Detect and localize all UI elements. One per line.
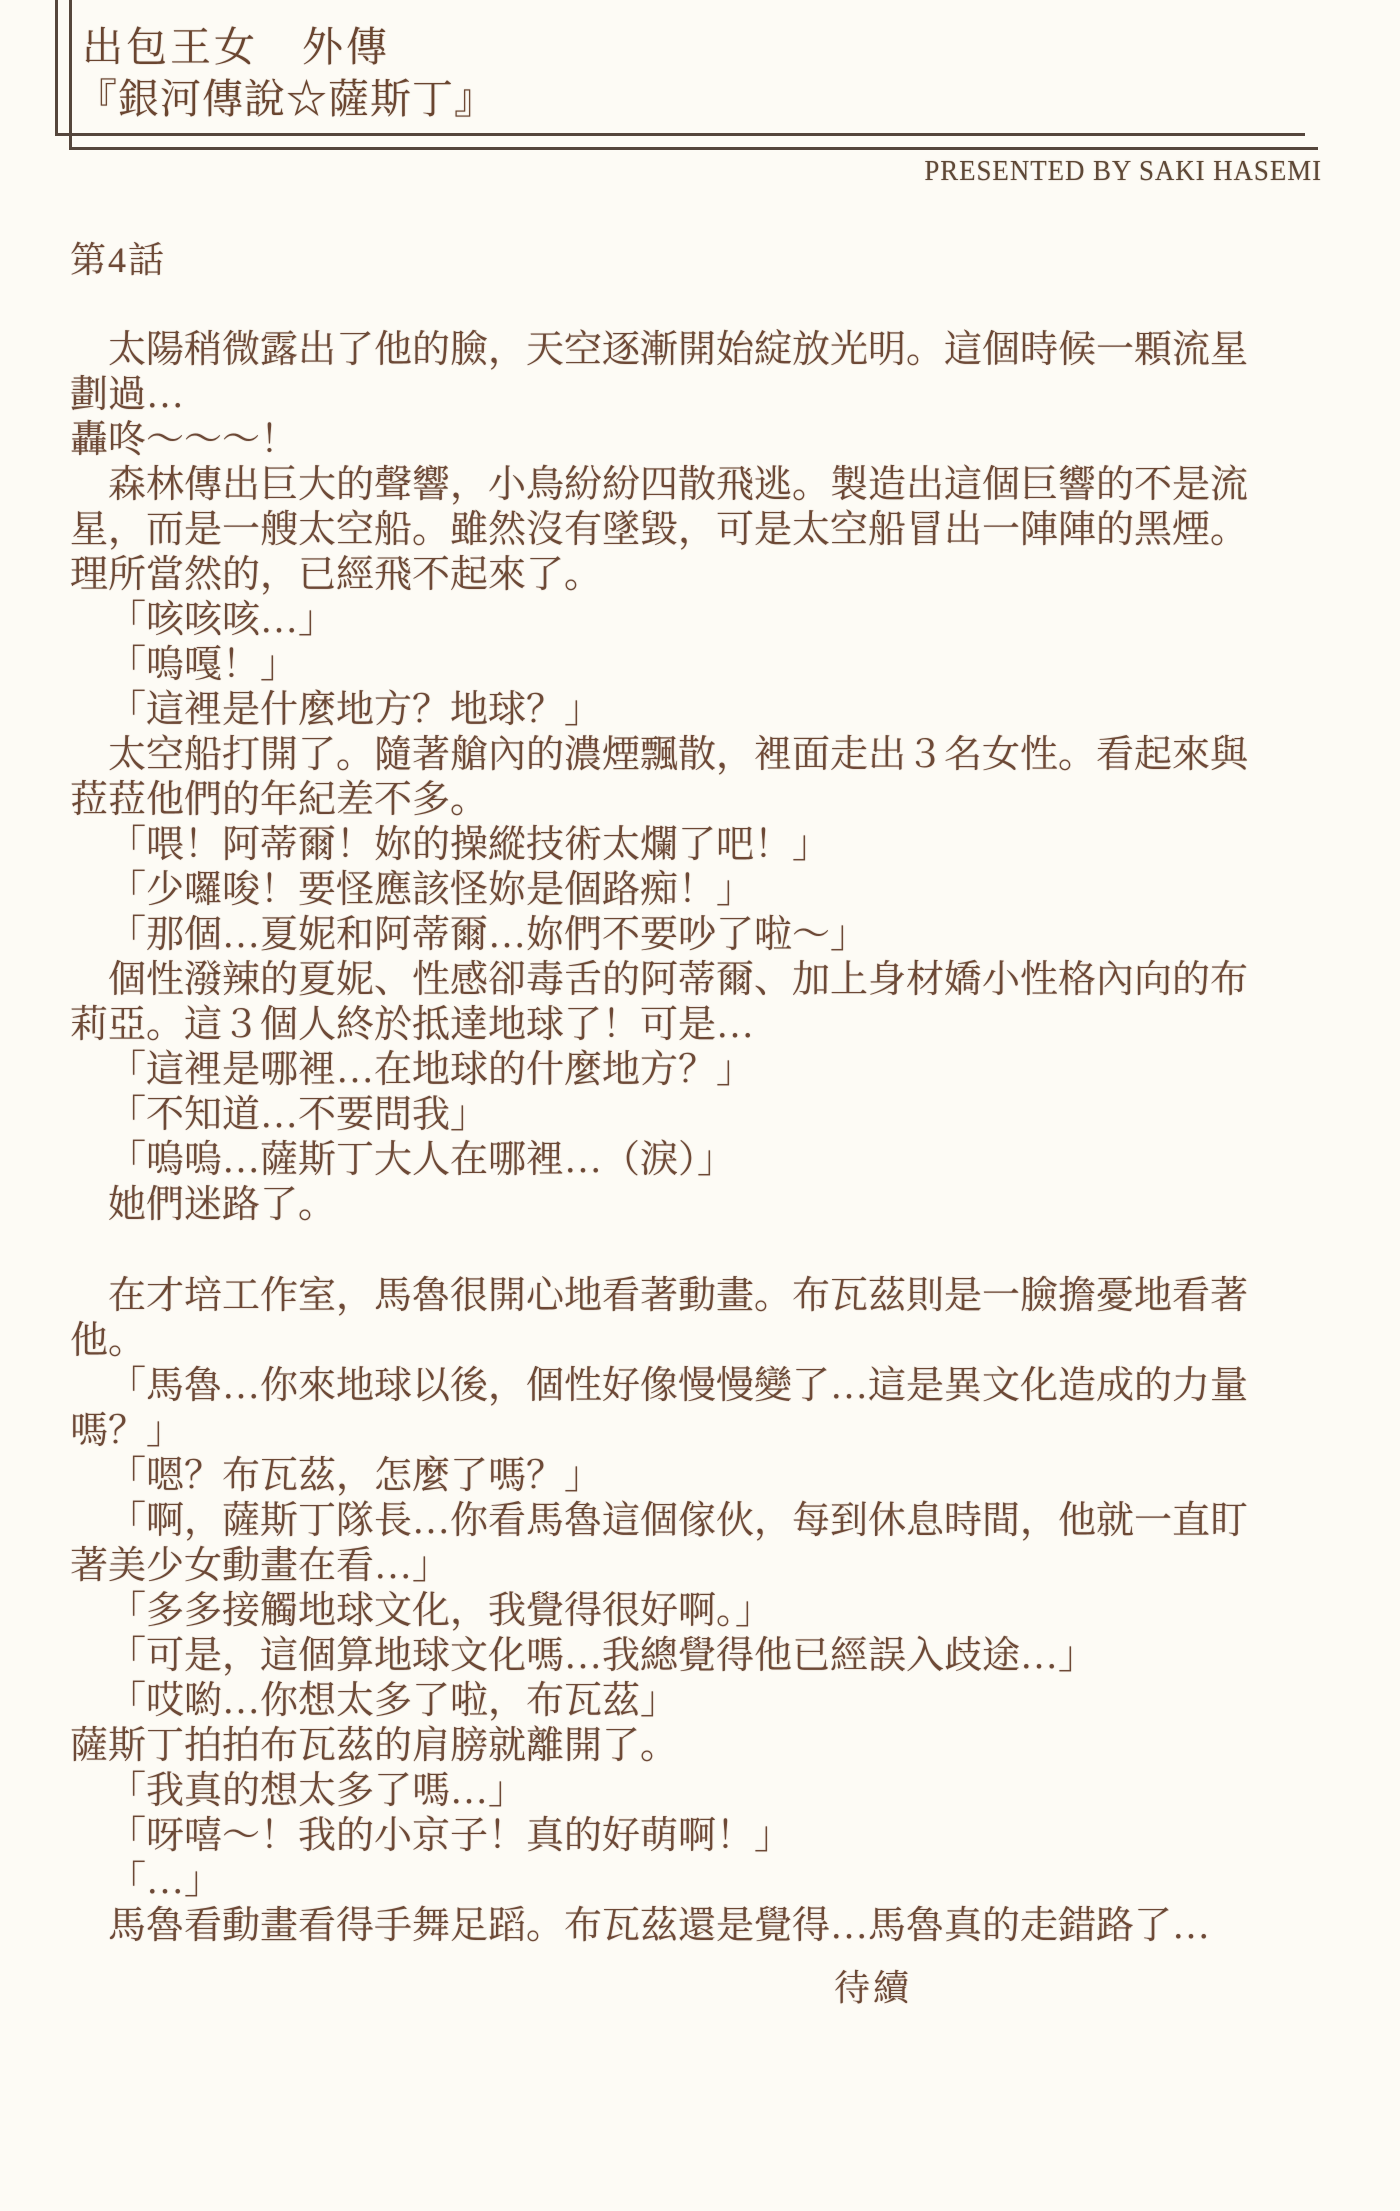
novel-page: 出包王女 外傳 『銀河傳說☆薩斯丁』 PRESENTED BY SAKI HAS…: [0, 0, 1400, 2211]
story-title: 『銀河傳說☆薩斯丁』: [76, 74, 496, 124]
chapter-heading: 第4話: [70, 232, 166, 283]
text-line: 「馬魯…你來地球以後，個性好像慢慢變了…這是異文化造成的力量: [70, 1364, 1360, 1409]
text-line: 個性潑辣的夏妮、性感卻毒舌的阿蒂爾、加上身材嬌小性格內向的布: [70, 958, 1360, 1003]
body-text: 太陽稍微露出了他的臉，天空逐漸開始綻放光明。這個時候一顆流星劃過…轟咚～～～！森…: [70, 328, 1360, 1949]
header-rule-bottom: [69, 147, 1318, 150]
text-line: 「這裡是哪裡…在地球的什麼地方？」: [70, 1048, 1360, 1093]
text-line: 她們迷路了。: [70, 1183, 1360, 1228]
text-line: 「喂！阿蒂爾！妳的操縱技術太爛了吧！」: [70, 823, 1360, 868]
text-line: 「咳咳咳…」: [70, 598, 1360, 643]
text-line: 「可是，這個算地球文化嗎…我總覺得他已經誤入歧途…」: [70, 1634, 1360, 1679]
text-line: 「那個…夏妮和阿蒂爾…妳們不要吵了啦～」: [70, 913, 1360, 958]
text-line: 轟咚～～～！: [70, 418, 1360, 463]
series-title: 出包王女 外傳: [82, 22, 390, 72]
text-line: 「哎喲…你想太多了啦，布瓦茲」: [70, 1679, 1360, 1724]
text-line: 嗎？」: [70, 1409, 1360, 1454]
text-line: 「嗯？布瓦茲，怎麼了嗎？」: [70, 1454, 1360, 1499]
text-line: 劃過…: [70, 373, 1360, 418]
corner-frame-vertical-inner: [69, 0, 72, 150]
text-line: 薩斯丁拍拍布瓦茲的肩膀就離開了。: [70, 1724, 1360, 1769]
text-line: 在才培工作室，馬魯很開心地看著動畫。布瓦茲則是一臉擔憂地看著: [70, 1274, 1360, 1319]
text-line: 「不知道…不要問我」: [70, 1093, 1360, 1138]
text-line: 星，而是一艘太空船。雖然沒有墜毀，可是太空船冒出一陣陣的黑煙。: [70, 508, 1360, 553]
text-line: 「這裡是什麼地方？地球？」: [70, 688, 1360, 733]
text-line: 他。: [70, 1319, 1360, 1364]
text-line: 「啊，薩斯丁隊長…你看馬魯這個傢伙，每到休息時間，他就一直盯: [70, 1499, 1360, 1544]
presented-by-credit: PRESENTED BY SAKI HASEMI: [53, 156, 1322, 188]
text-line: 太空船打開了。隨著艙內的濃煙飄散，裡面走出３名女性。看起來與: [70, 733, 1360, 778]
text-line: 「呀嘻～！我的小京子！真的好萌啊！」: [70, 1814, 1360, 1859]
text-line: 理所當然的，已經飛不起來了。: [70, 553, 1360, 598]
text-line: 「…」: [70, 1859, 1360, 1904]
text-line: 「嗚嗚…薩斯丁大人在哪裡…（淚）」: [70, 1138, 1360, 1183]
text-line: 「多多接觸地球文化，我覺得很好啊。」: [70, 1589, 1360, 1634]
header-rule-top: [55, 133, 1305, 136]
text-line: 菈菈他們的年紀差不多。: [70, 778, 1360, 823]
blank-line: [70, 1228, 1360, 1274]
corner-frame-vertical-outer: [55, 0, 58, 136]
text-line: 太陽稍微露出了他的臉，天空逐漸開始綻放光明。這個時候一顆流星: [70, 328, 1360, 373]
to-be-continued-label: 待續: [834, 1960, 912, 2011]
text-line: 「少囉唆！要怪應該怪妳是個路痴！」: [70, 868, 1360, 913]
text-line: 森林傳出巨大的聲響，小鳥紛紛四散飛逃。製造出這個巨響的不是流: [70, 463, 1360, 508]
text-line: 莉亞。這３個人終於抵達地球了！可是…: [70, 1003, 1360, 1048]
text-line: 「我真的想太多了嗎…」: [70, 1769, 1360, 1814]
text-line: 著美少女動畫在看…」: [70, 1544, 1360, 1589]
text-line: 馬魯看動畫看得手舞足蹈。布瓦茲還是覺得…馬魯真的走錯路了…: [70, 1904, 1360, 1949]
text-line: 「嗚嘎！」: [70, 643, 1360, 688]
